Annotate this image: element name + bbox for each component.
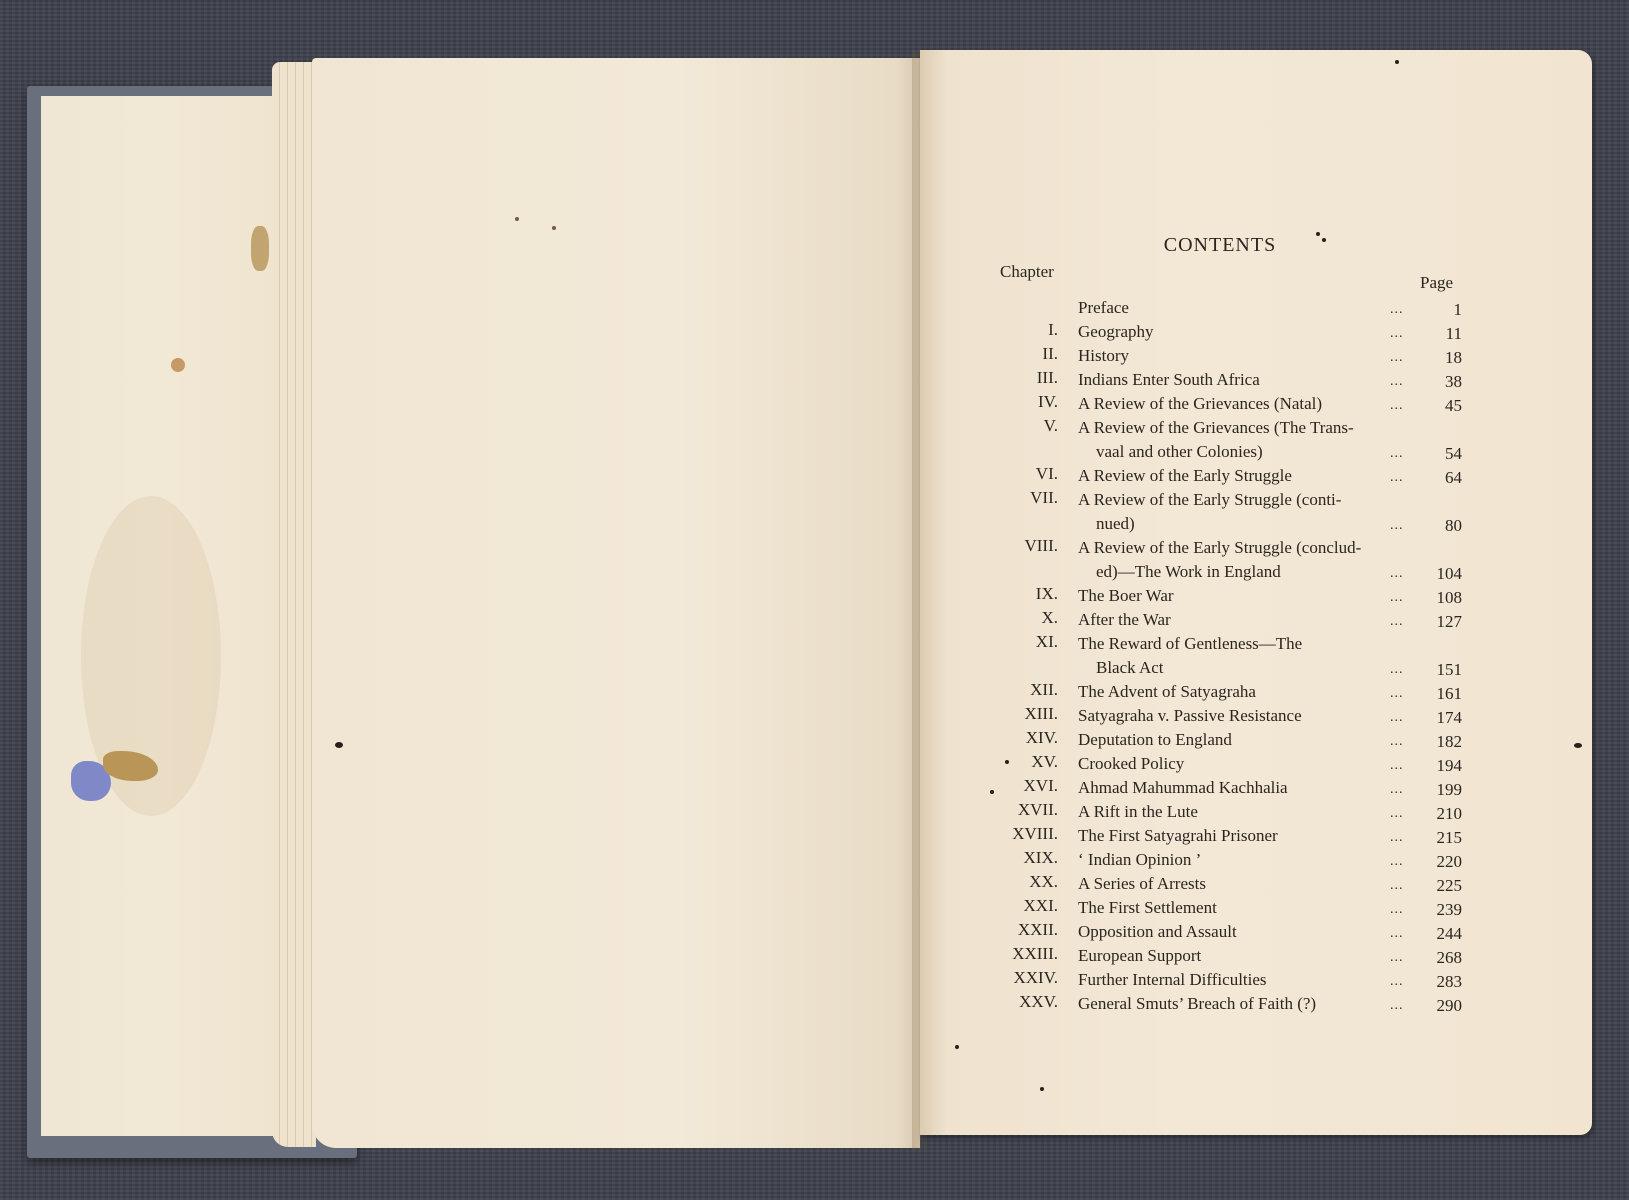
leader-dots: ... [1390,758,1404,774]
leader-dots: ... [1390,902,1404,918]
toc-entry: III.Indians Enter South Africa...38 [990,368,1470,392]
chapter-title: A Rift in the Lute [1078,800,1406,824]
speck [1040,1087,1044,1091]
page-number: 54 [1422,444,1462,464]
left-page [312,58,920,1148]
page-number: 104 [1422,564,1462,584]
chapter-numeral: XXII. [1018,920,1058,940]
speck [515,217,519,221]
insect-damage [251,226,269,271]
toc-entry: XIV.Deputation to England...182 [990,728,1470,752]
chapter-title: European Support [1078,944,1406,968]
chapter-title: Indians Enter South Africa [1078,368,1406,392]
chapter-title: Further Internal Difficulties [1078,968,1406,992]
toc-entry: VI.A Review of the Early Struggle...64 [990,464,1470,488]
page-number: 18 [1422,348,1462,368]
toc-entry: X.After the War...127 [990,608,1470,632]
toc-entry: VIII.A Review of the Early Struggle (con… [990,536,1470,584]
leader-dots: ... [1390,662,1404,678]
leader-dots: ... [1390,518,1404,534]
leader-dots: ... [1390,710,1404,726]
toc-entry: XVIII.The First Satyagrahi Prisoner...21… [990,824,1470,848]
page-number: 38 [1422,372,1462,392]
page-number: 108 [1422,588,1462,608]
leader-dots: ... [1390,974,1404,990]
speck [1395,60,1399,64]
leader-dots: ... [1390,782,1404,798]
toc-entry: XI.The Reward of Gentleness—TheBlack Act… [990,632,1470,680]
chapter-title: The First Satyagrahi Prisoner [1078,824,1406,848]
leader-dots: ... [1390,398,1404,414]
chapter-numeral: XXIII. [1012,944,1058,964]
speck [955,1045,959,1049]
page-number: 45 [1422,396,1462,416]
chapter-numeral: XII. [1030,680,1058,700]
leader-dots: ... [1390,590,1404,606]
speck [1316,232,1320,236]
chapter-title: Crooked Policy [1078,752,1406,776]
leader-dots: ... [1390,734,1404,750]
chapter-title: A Series of Arrests [1078,872,1406,896]
page-column-label: Page [1420,273,1453,293]
page-number: 268 [1422,948,1462,968]
page-number: 290 [1422,996,1462,1016]
chapter-title: A Review of the Early Struggle (conti-nu… [1078,488,1406,536]
spot [171,358,185,372]
chapter-title: Satyagraha v. Passive Resistance [1078,704,1406,728]
speck [1005,760,1009,764]
chapter-numeral: XI. [1036,632,1058,652]
toc-entry: XVI.Ahmad Mahummad Kachhalia...199 [990,776,1470,800]
toc-entry: XXIV.Further Internal Difficulties...283 [990,968,1470,992]
page-number: 151 [1422,660,1462,680]
chapter-numeral: XV. [1031,752,1058,772]
chapter-title-continued: vaal and other Colonies) [1078,440,1406,464]
toc-entry: IX.The Boer War...108 [990,584,1470,608]
page-number: 283 [1422,972,1462,992]
page-number: 1 [1422,300,1462,320]
page-number: 199 [1422,780,1462,800]
leader-dots: ... [1390,686,1404,702]
chapter-numeral: VII. [1030,488,1058,508]
page-number: 225 [1422,876,1462,896]
chapter-title: ‘ Indian Opinion ’ [1078,848,1406,872]
toc-entry: XXIII.European Support...268 [990,944,1470,968]
chapter-title: Geography [1078,320,1406,344]
toc-entry: XXI.The First Settlement...239 [990,896,1470,920]
leader-dots: ... [1390,950,1404,966]
toc-entry: V.A Review of the Grievances (The Trans-… [990,416,1470,464]
leader-dots: ... [1390,446,1404,462]
chapter-title-continued: nued) [1078,512,1406,536]
leader-dots: ... [1390,566,1404,582]
speck [335,742,343,748]
chapter-title: After the War [1078,608,1406,632]
chapter-title: The Advent of Satyagraha [1078,680,1406,704]
toc-entry: XIX.‘ Indian Opinion ’...220 [990,848,1470,872]
table-of-contents: Preface...1I.Geography...11II.History...… [990,296,1470,1016]
chapter-column-label: Chapter [1000,262,1054,282]
page-number: 161 [1422,684,1462,704]
chapter-numeral: III. [1037,368,1058,388]
chapter-numeral: II. [1042,344,1058,364]
toc-entry: XIII.Satyagraha v. Passive Resistance...… [990,704,1470,728]
chapter-title: The Reward of Gentleness—TheBlack Act [1078,632,1406,680]
leader-dots: ... [1390,830,1404,846]
leader-dots: ... [1390,302,1404,318]
leader-dots: ... [1390,926,1404,942]
leader-dots: ... [1390,854,1404,870]
toc-entry: XX.A Series of Arrests...225 [990,872,1470,896]
chapter-numeral: VIII. [1024,536,1058,556]
speck [1574,743,1582,748]
page-number: 244 [1422,924,1462,944]
toc-entry: Preface...1 [990,296,1470,320]
chapter-title: History [1078,344,1406,368]
leader-dots: ... [1390,374,1404,390]
page-number: 220 [1422,852,1462,872]
leader-dots: ... [1390,998,1404,1014]
toc-entry: XII.The Advent of Satyagraha...161 [990,680,1470,704]
leader-dots: ... [1390,350,1404,366]
chapter-numeral: XX. [1029,872,1058,892]
toc-entry: I.Geography...11 [990,320,1470,344]
chapter-title: The First Settlement [1078,896,1406,920]
speck [552,226,556,230]
chapter-title: Ahmad Mahummad Kachhalia [1078,776,1406,800]
page-number: 11 [1422,324,1462,344]
chapter-title-continued: ed)—The Work in England [1078,560,1406,584]
toc-entry: IV.A Review of the Grievances (Natal)...… [990,392,1470,416]
bleed-through-text [382,308,852,333]
chapter-numeral: XIV. [1026,728,1058,748]
page-number: 210 [1422,804,1462,824]
leader-dots: ... [1390,470,1404,486]
page-number: 194 [1422,756,1462,776]
chapter-numeral: XVII. [1018,800,1058,820]
chapter-numeral: IV. [1038,392,1058,412]
chapter-numeral: XXV. [1019,992,1058,1012]
toc-entry: II.History...18 [990,344,1470,368]
chapter-numeral: XIX. [1024,848,1058,868]
leader-dots: ... [1390,614,1404,630]
toc-entry: VII.A Review of the Early Struggle (cont… [990,488,1470,536]
chapter-numeral: XVI. [1024,776,1058,796]
chapter-numeral: IX. [1036,584,1058,604]
chapter-title: General Smuts’ Breach of Faith (?) [1078,992,1406,1016]
chapter-numeral: XIII. [1024,704,1058,724]
chapter-title: The Boer War [1078,584,1406,608]
page-number: 239 [1422,900,1462,920]
chapter-title: Deputation to England [1078,728,1406,752]
chapter-title-continued: Black Act [1078,656,1406,680]
chapter-numeral: XXIV. [1013,968,1058,988]
chapter-numeral: XXI. [1024,896,1058,916]
chapter-numeral: X. [1041,608,1058,628]
speck [1322,238,1326,242]
chapter-numeral: VI. [1036,464,1058,484]
chapter-numeral: XVIII. [1012,824,1058,844]
chapter-title: Opposition and Assault [1078,920,1406,944]
leader-dots: ... [1390,878,1404,894]
leader-dots: ... [1390,326,1404,342]
toc-entry: XVII.A Rift in the Lute...210 [990,800,1470,824]
toc-entry: XXV.General Smuts’ Breach of Faith (?)..… [990,992,1470,1016]
chapter-title: A Review of the Early Struggle [1078,464,1406,488]
chapter-title: A Review of the Early Struggle (conclud-… [1078,536,1406,584]
page-edges-stack [272,62,316,1147]
chapter-numeral: I. [1048,320,1058,340]
toc-entry: XXII.Opposition and Assault...244 [990,920,1470,944]
page-number: 174 [1422,708,1462,728]
leader-dots: ... [1390,806,1404,822]
speck [990,790,994,794]
toc-entry: XV.Crooked Policy...194 [990,752,1470,776]
page-number: 80 [1422,516,1462,536]
page-title: CONTENTS [1120,234,1320,257]
chapter-title: A Review of the Grievances (The Trans-va… [1078,416,1406,464]
chapter-numeral: V. [1044,416,1058,436]
page-number: 64 [1422,468,1462,488]
chapter-title: Preface [1078,296,1406,320]
page-number: 127 [1422,612,1462,632]
page-number: 182 [1422,732,1462,752]
chapter-title: A Review of the Grievances (Natal) [1078,392,1406,416]
page-number: 215 [1422,828,1462,848]
